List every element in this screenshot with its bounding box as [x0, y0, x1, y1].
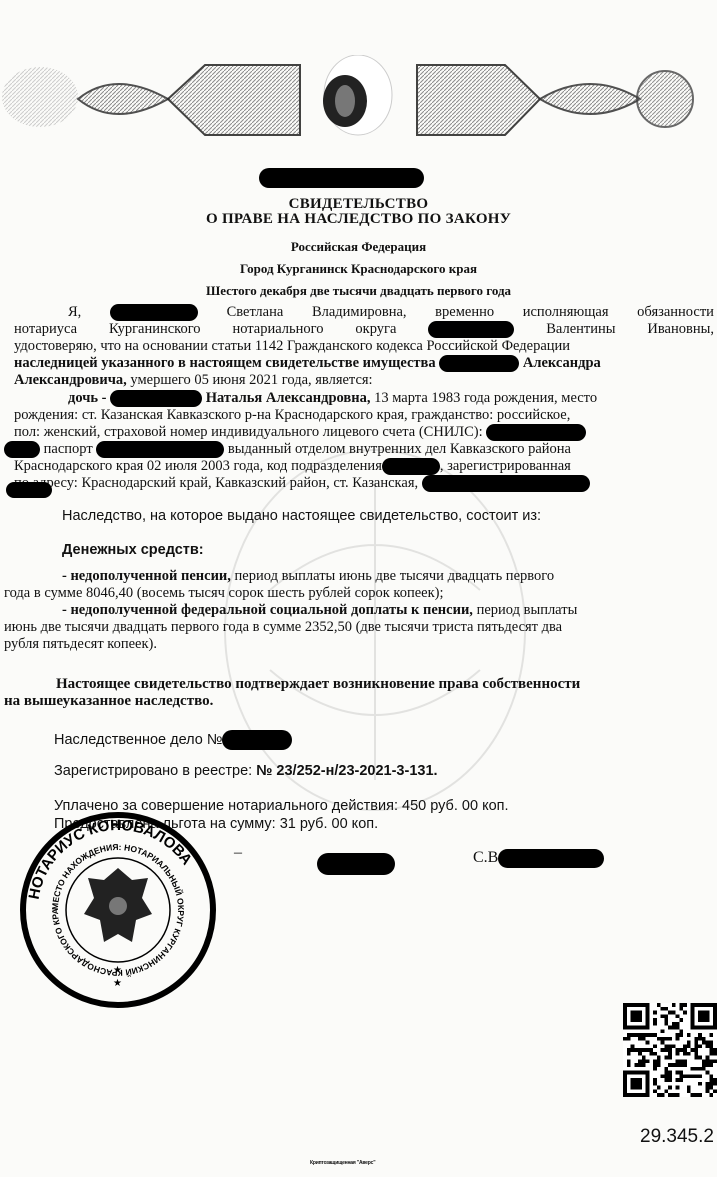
heir-line: паспорт выданный отделом внутренних дел … — [4, 441, 704, 458]
signatory: С.В — [473, 849, 604, 868]
heir-line: рождения: ст. Казанская Кавказского р-на… — [14, 407, 714, 424]
redacted-signature — [317, 853, 395, 875]
confirmation: Настоящее свидетельство подтверждает воз… — [56, 676, 717, 693]
notary-stamp-icon: НОТАРИУС КОНОВАЛОВА МЕСТО НАХОЖДЕНИЯ: НО… — [18, 810, 218, 1010]
printer-mark: Криптозащищенная "Аверс" — [310, 1160, 375, 1166]
document-subtitle: О ПРАВЕ НА НАСЛЕДСТВО ПО ЗАКОНУ — [0, 212, 717, 227]
issue-date: Шестого декабря две тысячи двадцать перв… — [0, 283, 717, 299]
redacted-notary-surname — [428, 321, 514, 338]
redacted-division-code — [382, 458, 440, 475]
svg-text:★: ★ — [113, 978, 122, 989]
form-code: 29.345.2 — [640, 1126, 714, 1148]
estate-item: - недополученной пенсии, период выплаты … — [62, 568, 714, 585]
city: Город Курганинск Краснодарского края — [0, 261, 717, 277]
heir-line: по адресу: Краснодарский край, Кавказски… — [14, 475, 714, 492]
paragraph-line: наследницей указанного в настоящем свиде… — [14, 355, 714, 372]
paragraph-line: удостоверяю, что на основании статьи 114… — [14, 338, 714, 355]
document-title: СВИДЕТЕЛЬСТВО — [0, 197, 717, 212]
funds-heading: Денежных средств: — [62, 542, 204, 558]
certificate-page: СВИДЕТЕЛЬСТВО О ПРАВЕ НА НАСЛЕДСТВО ПО З… — [0, 0, 717, 1177]
redacted-heir-surname — [110, 390, 202, 407]
paragraph-line: нотариуса Курганинского нотариального ок… — [14, 321, 714, 338]
confirmation: на вышеуказанное наследство. — [4, 693, 704, 710]
redacted-passport — [96, 441, 224, 458]
estate-item: года в сумме 8046,40 (восемь тысяч сорок… — [4, 585, 704, 602]
registry: Зарегистрировано в реестре: № 23/252-н/2… — [54, 763, 438, 779]
dash: – — [234, 844, 242, 862]
redacted-address-tail — [6, 482, 52, 498]
estate-item: рубля пятьдесят копеек). — [4, 636, 704, 653]
redacted-snils-tail — [4, 441, 40, 458]
redacted-address — [422, 475, 590, 492]
paragraph-line: Александровича, умершего 05 июня 2021 го… — [14, 372, 714, 389]
qr-code-icon — [623, 1003, 717, 1097]
estate-intro: Наследство, на которое выдано настоящее … — [62, 508, 541, 524]
case-number: Наследственное дело № — [54, 730, 292, 750]
redacted-decedent-surname — [439, 355, 519, 372]
redacted-surname — [110, 304, 198, 321]
country: Российская Федерация — [0, 239, 717, 255]
estate-item: - недополученной федеральной социальной … — [62, 602, 717, 619]
redacted-serial — [259, 168, 424, 188]
heir-line: пол: женский, страховой номер индивидуал… — [14, 424, 714, 441]
redacted-snils — [486, 424, 586, 441]
heir-line: Краснодарского края 02 июля 2003 года, к… — [14, 458, 714, 475]
redacted-signatory-surname — [498, 849, 604, 868]
redacted-case-number — [222, 730, 292, 750]
ornament-header-icon — [0, 55, 717, 150]
paragraph-line: Я, Светлана Владимировна, временно испол… — [68, 304, 714, 321]
heir-line: дочь - Наталья Александровна, 13 марта 1… — [68, 390, 717, 407]
estate-item: июнь две тысячи двадцать первого года в … — [4, 619, 704, 636]
svg-text:★: ★ — [113, 965, 122, 976]
